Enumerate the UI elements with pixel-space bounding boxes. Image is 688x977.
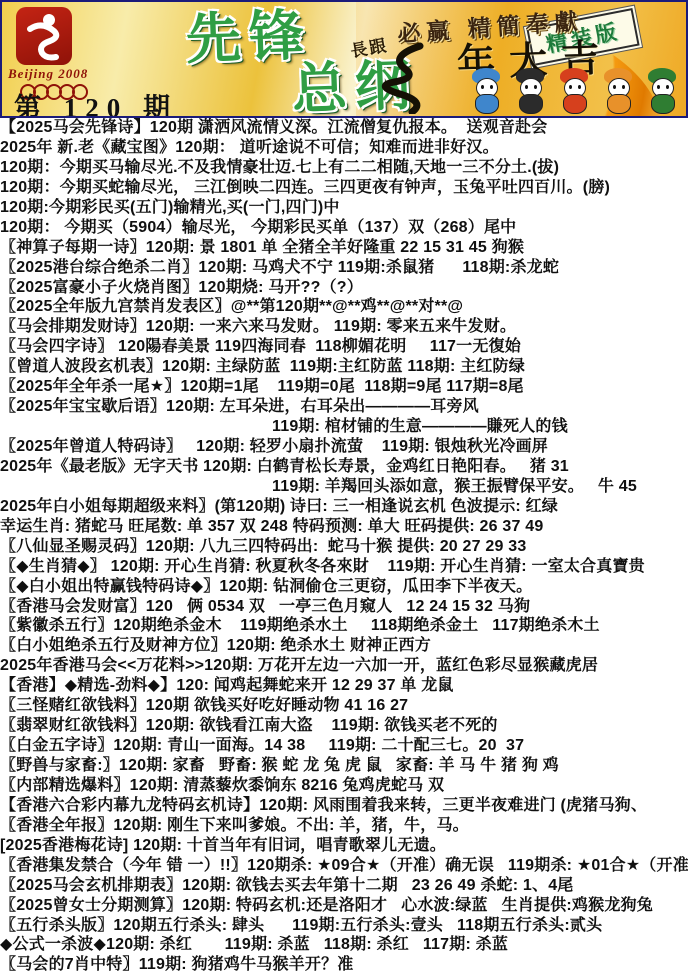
text-line: ◆公式一杀波◆120期: 杀红 119期: 杀蓝 118期: 杀红 117期: …: [0, 935, 688, 955]
mascot-eye: [481, 85, 484, 89]
text-line: 119期: 棺材铺的生意————賺死人的钱: [0, 417, 688, 437]
text-line: 【香港六合彩内幕九龙特码玄机诗】120期: 风雨围着我来转，三更半夜难进门 (虎…: [0, 796, 688, 816]
mascot-eye: [525, 85, 528, 89]
calligraphy-flourish-icon: [360, 42, 470, 114]
text-line: 〖2025年宝宝歇后语〗120期: 左耳朵进，右耳朵出————耳旁风: [0, 397, 688, 417]
text-line: 2025年香港马会<<万花料>>120期: 万花开左边一六加一开，蓝红色彩尽显猴…: [0, 656, 688, 676]
text-line: 2025年白小姐每期超级来料〗(第120期) 诗曰: 三一相逢说玄机 色波提示:…: [0, 497, 688, 517]
text-line: 2025年 新.老《藏宝图》120期： 道听途说不可信；知难而进非好汉。: [0, 138, 688, 158]
mascot-torso: [651, 94, 675, 114]
text-line: 119期: 羊羯回头添如意，猴王振臂保平安。 牛 45: [0, 477, 688, 497]
text-line: 〖2025曾女士分期测算〗120期: 特码玄机:还是洛阳才 心水波:绿蓝 生肖提…: [0, 896, 688, 916]
issue-number: 第 120 期: [14, 86, 244, 118]
text-line: 〖白金五字诗〗120期: 青山一面海。14 38 119期: 二十配三七。20 …: [0, 736, 688, 756]
text-line: 〖2025全年版九宫禁肖发表区〗@**第120期**@**鸡**@**对**@: [0, 297, 688, 317]
mascot-torso: [563, 94, 587, 114]
text-line: 〖翡翠财红欲钱料〗120期: 欲钱看江南大盗 119期: 欲钱买老不死的: [0, 716, 688, 736]
mascot-torso: [607, 94, 631, 114]
fuwa-mascots-row: [468, 70, 680, 114]
text-line: 〖三怪赌红欲钱料〗120期 欲钱买好吃好睡动物 41 16 27: [0, 696, 688, 716]
beijing-2008-emblem-icon: [16, 7, 72, 65]
text-line: 〖2025年曾道人特码诗〗 120期: 轻罗小扇扑流萤 119期: 银烛秋光冷画…: [0, 437, 688, 457]
mascot-eye: [569, 85, 572, 89]
text-line: 幸运生肖: 猪蛇马 旺尾数: 单 357 双 248 特码预测: 单大 旺码提供…: [0, 517, 688, 537]
mascot-eye: [622, 85, 625, 89]
fuwa-mascot-icon: [644, 70, 680, 114]
text-line: 〖◆白小姐出特赢钱特码诗◆〗120期: 钻洞偷仓三更窃，瓜田李下半夜天。: [0, 577, 688, 597]
text-line: 〖2025马会玄机排期表〗120期: 欲钱去买去年第十二期 23 26 49 杀…: [0, 876, 688, 896]
tip-sheet-body: 【2025马会先锋诗】120期 潇洒风流情义深。江流僧复仇报本。 送观音赴会20…: [0, 118, 688, 975]
text-line: 〖香港集发禁合（今年 错 一）!!〗120期杀: ★09合★（开准）确无误 11…: [0, 856, 688, 876]
mascot-torso: [519, 94, 543, 114]
text-line: 120期:今期彩民买(五门)输精光,买(一门,四门)中: [0, 198, 688, 218]
text-line: 〖马会的7肖中特〗119期: 狗猪鸡牛马猴羊开？准: [0, 955, 688, 975]
mascot-torso: [475, 94, 499, 114]
text-line: 2025年《最老版》无字天书 120期: 白鹤青松长寿景，金鸡红日艳阳春。 猪 …: [0, 457, 688, 477]
text-line: 〖2025富豪小子火烧肖图〗120期烧: 马开??（?）: [0, 278, 688, 298]
mascot-eye: [578, 85, 581, 89]
mascot-eye: [490, 85, 493, 89]
fuwa-mascot-icon: [512, 70, 548, 114]
text-lines-container: 【2025马会先锋诗】120期 潇洒风流情义深。江流僧复仇报本。 送观音赴会20…: [0, 118, 688, 975]
text-line: 120期：今期买马输尽光.不及我情豪壮迈.七上有二二相随,天地一三不分土.(拔): [0, 158, 688, 178]
text-line: 〖曾道人波段玄机表〗120期: 主绿防蓝 119期:主红防蓝 118期: 主红防…: [0, 357, 688, 377]
text-line: 〖内部精选爆料〗120期: 清蒸藜炊黍饷东 8216 兔鸡虎蛇马 双: [0, 776, 688, 796]
mascot-eye: [666, 85, 669, 89]
text-line: 【2025马会先锋诗】120期 潇洒风流情义深。江流僧复仇报本。 送观音赴会: [0, 118, 688, 138]
dancing-figure-icon: [22, 11, 66, 61]
text-line: [2025香港梅花诗] 120期: 十首当年有旧词，唱青歌翠儿无遗。: [0, 836, 688, 856]
text-line: 〖香港马会发财富〗120 俩 0534 双 一亭三色月窥人 12 24 15 3…: [0, 597, 688, 617]
fuwa-mascot-icon: [556, 70, 592, 114]
text-line: 〖香港全年报〗120期: 刚生下来叫爹娘。不出: 羊，猪，牛，马。: [0, 816, 688, 836]
mascot-eye: [534, 85, 537, 89]
mascot-eye: [657, 85, 660, 89]
text-line: 120期： 今期买（5904）输尽光， 今期彩民买单（137）双（268）尾中: [0, 218, 688, 238]
text-line: 〖马会四字诗〗 120陽春美景 119四海同春 118柳媚花明 117一无復始: [0, 337, 688, 357]
text-line: 〖紫徽杀五行〗120期绝杀金木 119期绝杀水土 118期绝杀金土 117期绝杀…: [0, 616, 688, 636]
fuwa-mascot-icon: [468, 70, 504, 114]
text-line: 〖神算子每期一诗〗120期: 景 1801 单 全猪全羊好隆重 22 15 31…: [0, 238, 688, 258]
text-line: 〖五行杀头版〗120期五行杀头: 肆头 119期:五行杀头:壹头 118期五行杀…: [0, 916, 688, 936]
text-line: 〖2025港台综合绝杀二肖〗120期: 马鸡犬不宁 119期:杀鼠猪 118期:…: [0, 258, 688, 278]
mascot-eye: [613, 85, 616, 89]
text-line: 〖马会排期发财诗〗120期: 一来六来马发财。 119期: 零来五来牛发财。: [0, 317, 688, 337]
text-line: 【香港】◆精选-劲料◆】120: 闻鸡起舞蛇来开 12 29 37 单 龙鼠: [0, 676, 688, 696]
beijing-2008-label: Beijing 2008: [8, 66, 118, 82]
fuwa-mascot-icon: [600, 70, 636, 114]
text-line: 〖2025年全年杀一尾★〗120期=1尾 119期=0尾 118期=9尾 117…: [0, 377, 688, 397]
text-line: 〖白小姐绝杀五行及财神方位〗120期: 绝杀水土 财神正西方: [0, 636, 688, 656]
masthead-banner: Beijing 2008 第 120 期 先锋 总纲 精装版 必赢 精簡奉獻 長…: [0, 0, 688, 118]
text-line: 120期：今期买蛇输尽光， 三江倒映二四连。三四更夜有钟声，玉兔平吐四百川。(膀…: [0, 178, 688, 198]
text-line: 〖◆生肖猜◆〗 120期: 开心生肖猜: 秋夏秋冬各來財 119期: 开心生肖猜…: [0, 557, 688, 577]
text-line: 〖八仙显圣赐灵码〗120期: 八九三四特码出: 蛇马十猴 提供: 20 27 2…: [0, 537, 688, 557]
text-line: 〖野兽与家畜:〗120期: 家畜 野畜: 猴 蛇 龙 兔 虎 鼠 家畜: 羊 马…: [0, 756, 688, 776]
